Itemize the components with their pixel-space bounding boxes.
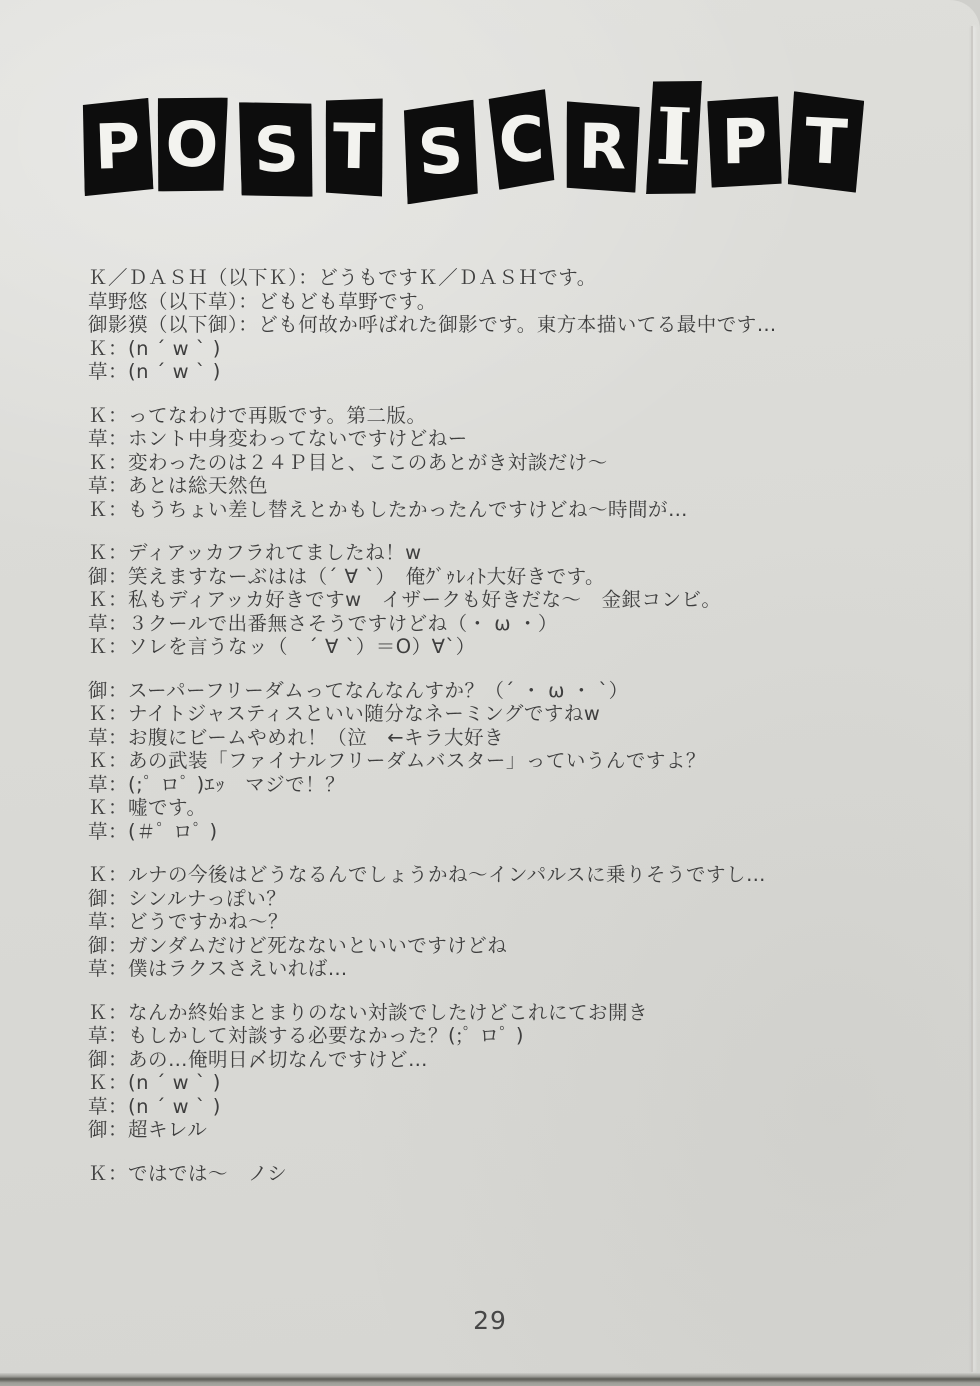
dialogue-line: Ｋ：(n ´ w ` ) (88, 337, 908, 361)
dialogue-line: Ｋ：私もディアッカ好きですw イザークも好きだな～ 金銀コンビ。 (88, 588, 908, 612)
dialogue-line: Ｋ：ソレを言うなッ（ ´ ∀ `）＝O）∀`） (88, 635, 908, 659)
title-letter-t: T (324, 98, 384, 197)
dialogue-line: Ｋ：もうちょい差し替えとかもしたかったんですけどね～時間が… (88, 498, 908, 522)
scanned-page: POSTSCRIPT Ｋ／ＤＡＳＨ（以下Ｋ）：どうもですＫ／ＤＡＳＨです。草野悠… (0, 0, 980, 1386)
dialogue-block: Ｋ：なんか終始まとまりのない対談でしたけどこれにてお開き草：もしかして対談する必… (88, 1001, 908, 1142)
dialogue-line: Ｋ：変わったのは２４Ｐ目と、ここのあとがき対談だけ～ (88, 451, 908, 475)
afterword-dialogue: Ｋ／ＤＡＳＨ（以下Ｋ）：どうもですＫ／ＤＡＳＨです。草野悠（以下草）：どもども草… (88, 266, 908, 1205)
title-letter-t: T (787, 91, 864, 193)
dialogue-line: 御：笑えますなーぶはは（´ ∀ `） 俺ｸﾞｩﾚｨﾄ大好きです。 (88, 565, 908, 589)
dialogue-line: 草：(;ﾟ ロﾟ )ｴｯ マジで！？ (88, 773, 908, 797)
title-letter-i: I (646, 79, 702, 196)
dialogue-line: 草：(＃ﾟ ロﾟ ) (88, 820, 908, 844)
dialogue-line: 御：あの…俺明日〆切なんですけど… (88, 1048, 908, 1072)
paper-edge-right (971, 26, 973, 1372)
dialogue-line: Ｋ：ではでは～ ノシ (88, 1162, 908, 1186)
dialogue-line: 草：どうですかね～？ (88, 910, 908, 934)
title-letter-s: S (238, 100, 314, 199)
dialogue-line: 草：(n ´ w ` ) (88, 360, 908, 384)
paper-edge-bottom (0, 1373, 980, 1386)
dialogue-line: Ｋ：ルナの今後はどうなるんでしょうかね～インパルスに乗りそうですし… (88, 863, 908, 887)
dialogue-line: 草野悠（以下草）：どもども草野です。 (88, 290, 908, 314)
title-letter-s: S (401, 100, 481, 205)
dialogue-line: Ｋ：なんか終始まとまりのない対談でしたけどこれにてお開き (88, 1001, 908, 1025)
dialogue-block: Ｋ：ディアッカフラれてましたね！w御：笑えますなーぶはは（´ ∀ `） 俺ｸﾞｩ… (88, 541, 908, 659)
dialogue-line: 御：シンルナっぽい？ (88, 887, 908, 911)
dialogue-line: 草：３クールで出番無さそうですけどね（・ ω ・） (88, 612, 908, 636)
dialogue-line: 御：超キレル (88, 1118, 908, 1142)
dialogue-line: Ｋ／ＤＡＳＨ（以下Ｋ）：どうもですＫ／ＤＡＳＨです。 (88, 266, 908, 290)
dialogue-block: 御：スーパーフリーダムってなんなんすか？（´ ・ ω ・ `）Ｋ：ナイトジャステ… (88, 679, 908, 844)
dialogue-line: Ｋ：(n ´ w ` ) (88, 1071, 908, 1095)
dialogue-line: 草：もしかして対談する必要なかった？(;ﾟ ロﾟ ) (88, 1024, 908, 1048)
dialogue-line: 草：ホント中身変わってないですけどねー (88, 427, 908, 451)
title-letter-c: C (488, 89, 554, 190)
dialogue-line: 御：スーパーフリーダムってなんなんすか？（´ ・ ω ・ `） (88, 679, 908, 703)
dialogue-line: 草：僕はラクスさえいれば… (88, 957, 908, 981)
title-letter-p: P (707, 96, 782, 187)
dialogue-block: Ｋ：ではでは～ ノシ (88, 1162, 908, 1186)
title-letter-o: O (156, 96, 228, 192)
dialogue-block: Ｋ：ルナの今後はどうなるんでしょうかね～インパルスに乗りそうですし…御：シンルナ… (88, 863, 908, 981)
dialogue-line: Ｋ：ナイトジャスティスといい随分なネーミングですねw (88, 702, 908, 726)
dialogue-block: Ｋ／ＤＡＳＨ（以下Ｋ）：どうもですＫ／ＤＡＳＨです。草野悠（以下草）：どもども草… (88, 266, 908, 384)
page-number: 29 (0, 1306, 980, 1335)
dialogue-block: Ｋ：ってなわけで再販です。第二版。草：ホント中身変わってないですけどねーＫ：変わ… (88, 404, 908, 522)
dialogue-line: 御：ガンダムだけど死なないといいですけどね (88, 934, 908, 958)
dialogue-line: Ｋ：嘘です。 (88, 796, 908, 820)
dialogue-line: 草：あとは総天然色 (88, 474, 908, 498)
dialogue-line: 御影獏（以下御）：ども何故か呼ばれた御影です。東方本描いてる最中です… (88, 313, 908, 337)
dialogue-line: Ｋ：あの武装「ファイナルフリーダムバスター」っていうんですよ？ (88, 749, 908, 773)
dialogue-line: Ｋ：ディアッカフラれてましたね！w (88, 541, 908, 565)
dialogue-line: 草：(n ´ w ` ) (88, 1095, 908, 1119)
dialogue-line: Ｋ：ってなわけで再販です。第二版。 (88, 404, 908, 428)
title-letter-p: P (81, 98, 153, 196)
dialogue-line: 草：お腹にビームやめれ！（泣 ←キラ大好き (88, 726, 908, 750)
postscript-title: POSTSCRIPT (83, 82, 873, 227)
title-letter-r: R (565, 101, 640, 192)
